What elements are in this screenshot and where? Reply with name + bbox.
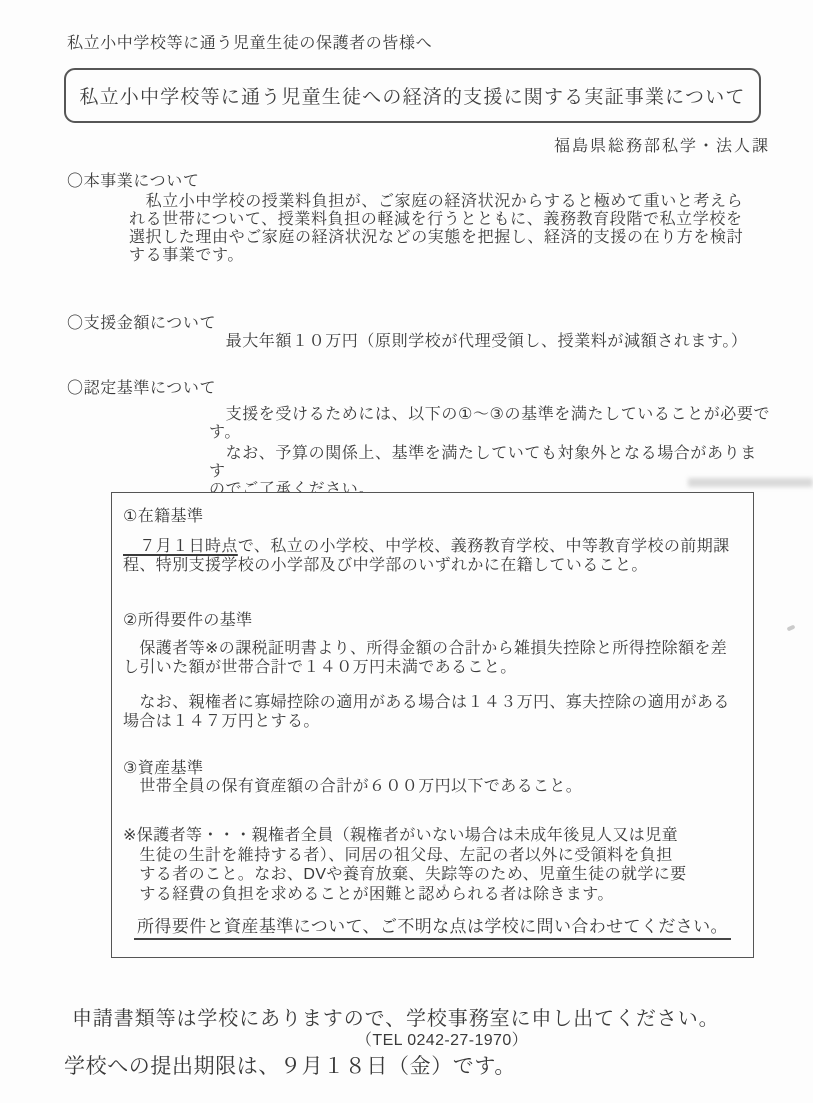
assets-criteria-body: 世帯全員の保有資産額の合計が６００万円以下であること。	[123, 777, 743, 796]
audience-line: 私立小中学校等に通う児童生徒の保護者の皆様へ	[67, 30, 432, 53]
section-criteria-heading: 〇認定基準について	[67, 375, 216, 398]
section-about-heading: 〇本事業について	[67, 168, 199, 191]
scan-smudge-artifact	[688, 478, 813, 487]
scan-mark-artifact	[787, 624, 796, 631]
box-footer-note: 所得要件と資産基準について、ご不明な点は学校に問い合わせてください。	[112, 917, 753, 936]
box-footer-note-underlined: 所得要件と資産基準について、ご不明な点は学校に問い合わせてください。	[134, 917, 731, 940]
telephone-line: （TEL 0242-27-1970）	[356, 1027, 528, 1050]
enrollment-date-underlined: ７月１日時点	[123, 538, 238, 555]
section-amount-body: 最大年額１０万円（原則学校が代理受領し、授業料が減額されます。）	[209, 333, 789, 351]
guardian-definition-note: ※保護者等・・・親権者全員（親権者がいない場合は未成年後見人又は児童 生徒の生計…	[123, 826, 743, 904]
income-criteria-paragraph-2: なお、親権者に寡婦控除の適用がある場合は１４３万円、寡夫控除の適用がある 場合は…	[123, 693, 743, 731]
title-box: 私立小中学校等に通う児童生徒への経済的支援に関する実証事業について	[64, 68, 761, 123]
document-title: 私立小中学校等に通う児童生徒への経済的支援に関する実証事業について	[79, 82, 745, 109]
section-about-body: 私立小中学校の授業料負担が、ご家庭の経済状況からすると極めて重いと考えら れる世…	[129, 193, 777, 265]
deadline-line: 学校への提出期限は、９月１８日（金）です。	[64, 1050, 516, 1080]
income-criteria-heading: ②所得要件の基準	[123, 611, 253, 630]
income-criteria-paragraph-1: 保護者等※の課税証明書より、所得金額の合計から雑損失控除と所得控除額を差 し引い…	[123, 639, 743, 677]
enrollment-criteria-heading: ①在籍基準	[123, 507, 203, 526]
criteria-intro: 支援を受けるためには、以下の①～③の基準を満たしていることが必要です。	[209, 406, 789, 442]
assets-criteria-heading: ③資産基準	[123, 759, 203, 778]
section-amount-heading: 〇支援金額について	[67, 310, 216, 333]
enrollment-criteria-body: ７月１日時点で、私立の小学校、中学校、義務教育学校、中等教育学校の前期課 程、特…	[123, 537, 743, 575]
department-line: 福島県総務部私学・法人課	[554, 133, 770, 156]
criteria-budget-note: なお、予算の関係上、基準を満たしていても対象外となる場合があります のでご了承く…	[209, 445, 769, 499]
scan-dot-artifact	[443, 884, 446, 887]
document-page: 私立小中学校等に通う児童生徒の保護者の皆様へ 私立小中学校等に通う児童生徒への経…	[0, 0, 813, 1103]
criteria-box: ①在籍基準 ７月１日時点で、私立の小学校、中学校、義務教育学校、中等教育学校の前…	[111, 492, 754, 958]
